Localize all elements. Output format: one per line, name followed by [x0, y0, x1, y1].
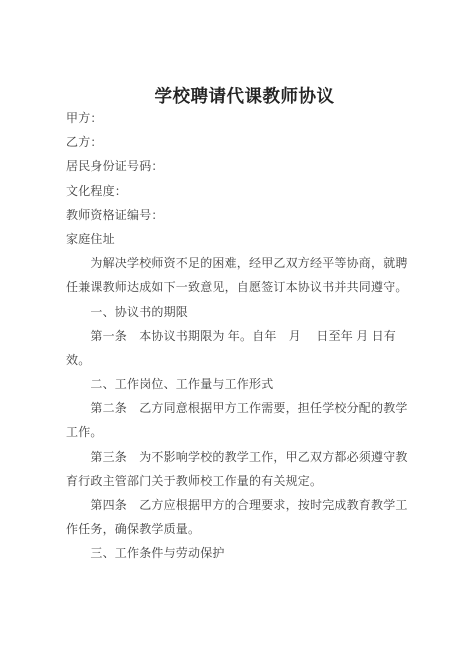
doc-line-preamble-2: 任兼课教师达成如下一致意见，自愿签订本协议书并共同遵守。	[66, 275, 413, 299]
doc-line-article-4-b: 作任务，确保教学质量。	[66, 517, 413, 541]
doc-line-article-2-b: 工作。	[66, 420, 413, 444]
doc-line-preamble-1: 为解决学校师资不足的困难，经甲乙双方经平等协商，就聘	[66, 251, 413, 275]
document-page: 学校聘请代课教师协议 甲方： 乙方： 居民身份证号码： 文化程度： 教师资格证编…	[0, 0, 463, 655]
doc-line-article-2-a: 第二条 乙方同意根据甲方工作需要，担任学校分配的教学	[66, 396, 413, 420]
doc-line-section-1-heading: 一、协议书的期限	[66, 300, 413, 324]
doc-line-article-3-a: 第三条 为不影响学校的教学工作，甲乙双方都必须遵守教	[66, 445, 413, 469]
doc-line-id-number: 居民身份证号码：	[66, 154, 413, 178]
document-viewport: { "document": { "title": "学校聘请代课教师协议", "…	[0, 0, 463, 655]
doc-line-article-1-b: 效。	[66, 348, 413, 372]
doc-line-section-2-heading: 二、工作岗位、工作量与工作形式	[66, 372, 413, 396]
doc-line-home-address: 家庭住址	[66, 227, 413, 251]
doc-line-party-b: 乙方：	[66, 130, 413, 154]
doc-line-party-a: 甲方：	[66, 106, 413, 130]
doc-line-education-level: 文化程度：	[66, 179, 413, 203]
doc-line-article-4-a: 第四条 乙方应根据甲方的合理要求，按时完成教育教学工	[66, 493, 413, 517]
doc-line-teacher-cert: 教师资格证编号：	[66, 203, 413, 227]
doc-line-section-3-heading: 三、工作条件与劳动保护	[66, 541, 413, 565]
doc-line-article-1-a: 第一条 本协议书期限为 年。自年 月 日至年 月 日有	[66, 324, 413, 348]
document-body: 甲方： 乙方： 居民身份证号码： 文化程度： 教师资格证编号： 家庭住址 为解决…	[66, 106, 413, 566]
doc-line-article-3-b: 育行政主管部门关于教师校工作量的有关规定。	[66, 469, 413, 493]
